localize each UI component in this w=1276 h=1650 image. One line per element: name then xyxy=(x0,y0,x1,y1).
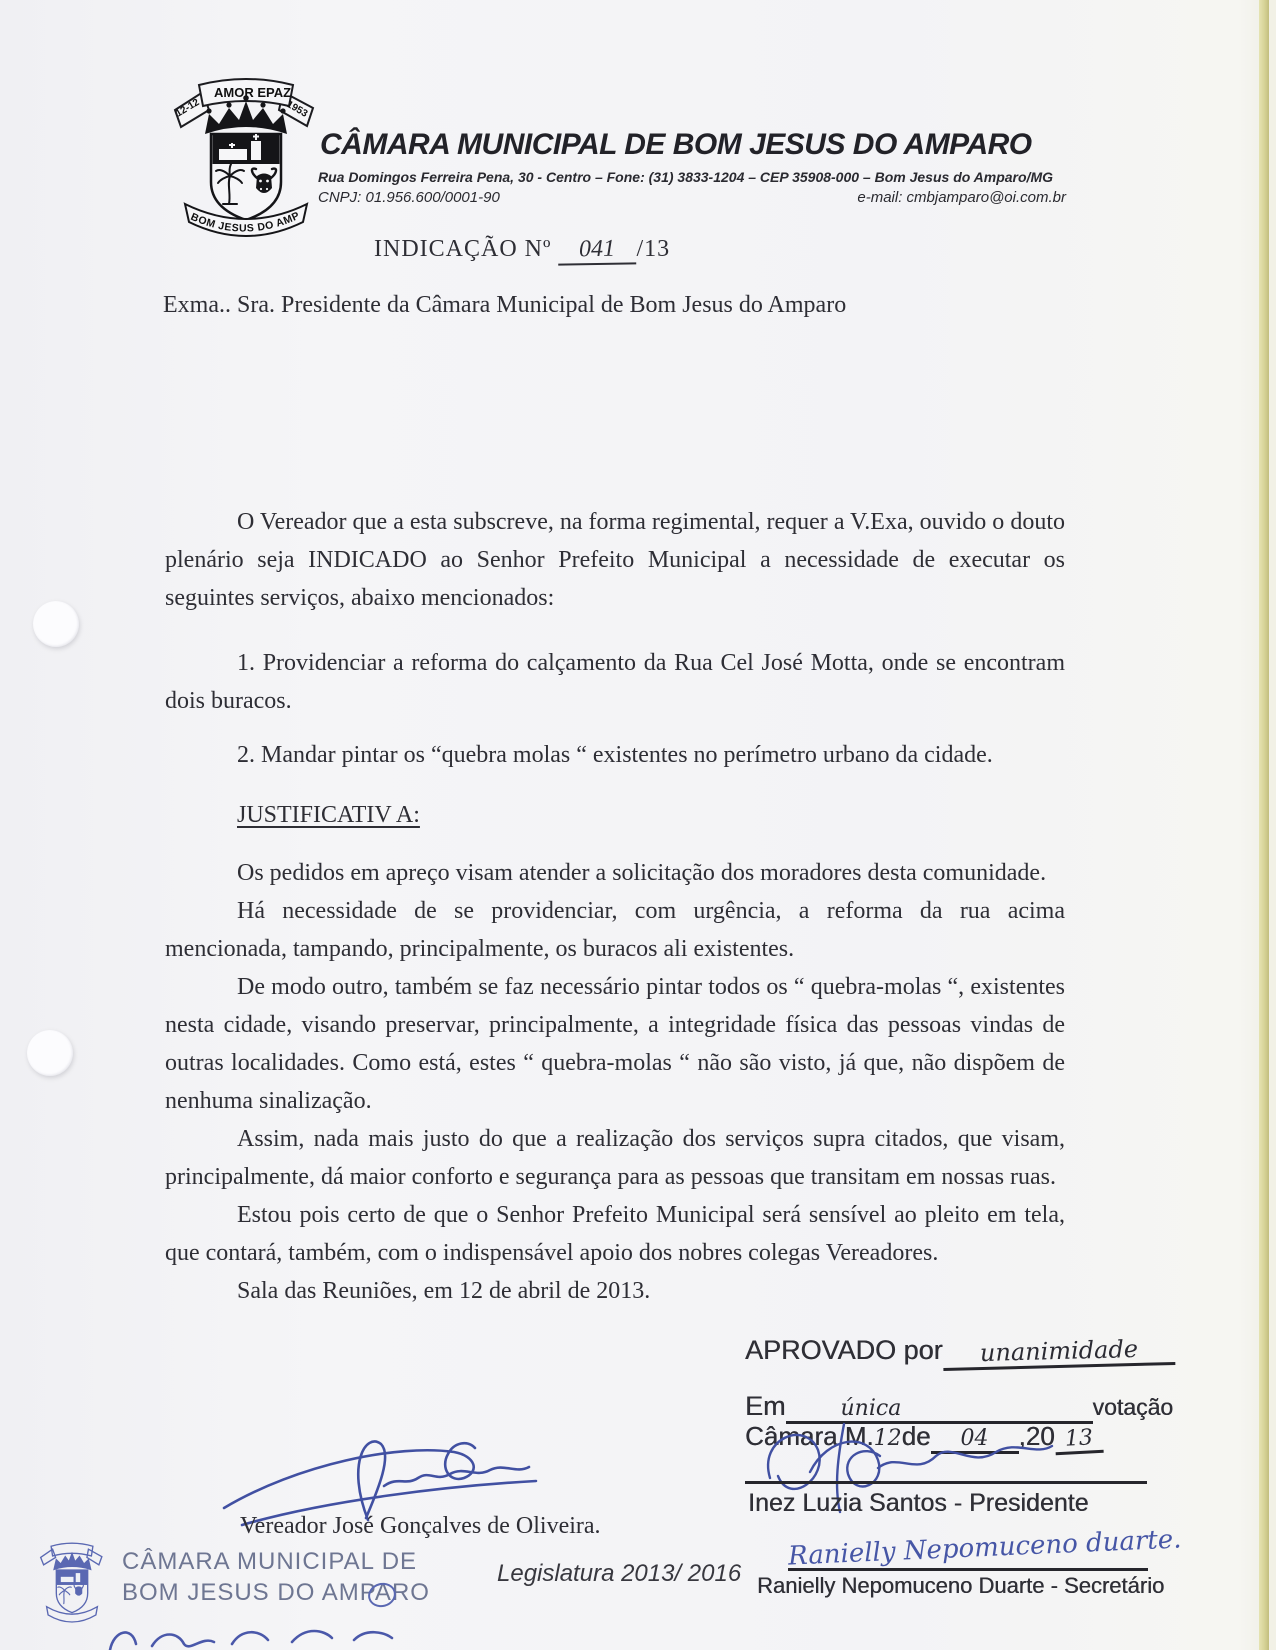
scan-edge-strip xyxy=(1259,0,1269,1650)
secretary-name: Ranielly Nepomuceno Duarte - Secretário xyxy=(757,1573,1164,1599)
votacao-label: votação xyxy=(1093,1394,1174,1420)
secretary-signature-handwritten: Ranielly Nepomuceno duarte. xyxy=(788,1524,1183,1571)
hole-punch-top xyxy=(33,601,79,647)
indication-number-handwritten: 041 xyxy=(558,235,636,265)
president-name: Inez Luzia Santos - Presidente xyxy=(748,1489,1088,1518)
cutoff-handwriting-ink xyxy=(92,1620,472,1650)
justification-paragraph: De modo outro, também se faz necessário … xyxy=(165,968,1065,1120)
org-cnpj: CNPJ: 01.956.600/0001-90 xyxy=(318,189,500,206)
approved-label: APROVADO por xyxy=(745,1335,943,1365)
org-address: Rua Domingos Ferreira Pena, 30 - Centro … xyxy=(318,169,1066,185)
indication-year: /13 xyxy=(636,236,670,262)
org-email: e-mail: cmbjamparo@oi.com.br xyxy=(857,189,1066,206)
scanned-document-page: 12-12 AMOR EPAZ 1953 xyxy=(0,0,1276,1650)
body-paragraph: 2. Mandar pintar os “quebra molas “ exis… xyxy=(165,736,1065,774)
org-title: CÂMARA MUNICIPAL DE BOM JESUS DO AMPARO xyxy=(320,128,1080,162)
signer-name: Vereador José Gonçalves de Oliveira. xyxy=(240,1513,601,1540)
stamp-approved-row: APROVADO porunanimidade xyxy=(745,1335,1175,1368)
hole-punch-bottom xyxy=(27,1030,73,1076)
crest-crown xyxy=(205,101,287,134)
justification-paragraph: Estou pois certo de que o Senhor Prefeit… xyxy=(165,1196,1065,1272)
body-paragraph: O Vereador que a esta subscreve, na form… xyxy=(165,503,1065,617)
body-paragraph: 1. Providenciar a reforma do calçamento … xyxy=(165,644,1065,720)
justification-paragraph: Assim, nada mais justo do que a realizaç… xyxy=(165,1120,1065,1196)
scan-edge-margin xyxy=(1269,0,1276,1650)
blue-stamp-line1: CÂMARA MUNICIPAL DE xyxy=(122,1546,430,1577)
indication-label: INDICAÇÃO Nº xyxy=(374,236,551,262)
date-line: Sala das Reuniões, em 12 de abril de 201… xyxy=(165,1272,1065,1310)
secretary-line xyxy=(788,1568,1148,1571)
indication-number-line: INDICAÇÃO Nº 041/13 xyxy=(374,236,670,265)
president-line xyxy=(745,1481,1147,1484)
document-body: O Vereador que a esta subscreve, na form… xyxy=(165,503,1065,1310)
justification-heading: JUSTIFICATIV A: xyxy=(165,796,1065,834)
justification-paragraph: Os pedidos em apreço visam atender a sol… xyxy=(165,854,1065,892)
approved-handwritten: unanimidade xyxy=(942,1334,1175,1371)
legislature-label: Legislatura 2013/ 2016 xyxy=(497,1560,741,1588)
crest-motto: AMOR EPAZ xyxy=(214,85,291,100)
addressee-line: Exma.. Sra. Presidente da Câmara Municip… xyxy=(163,292,846,319)
municipal-coat-of-arms: 12-12 AMOR EPAZ 1953 xyxy=(160,70,332,238)
justification-paragraph: Há necessidade de se providenciar, com u… xyxy=(165,892,1065,968)
